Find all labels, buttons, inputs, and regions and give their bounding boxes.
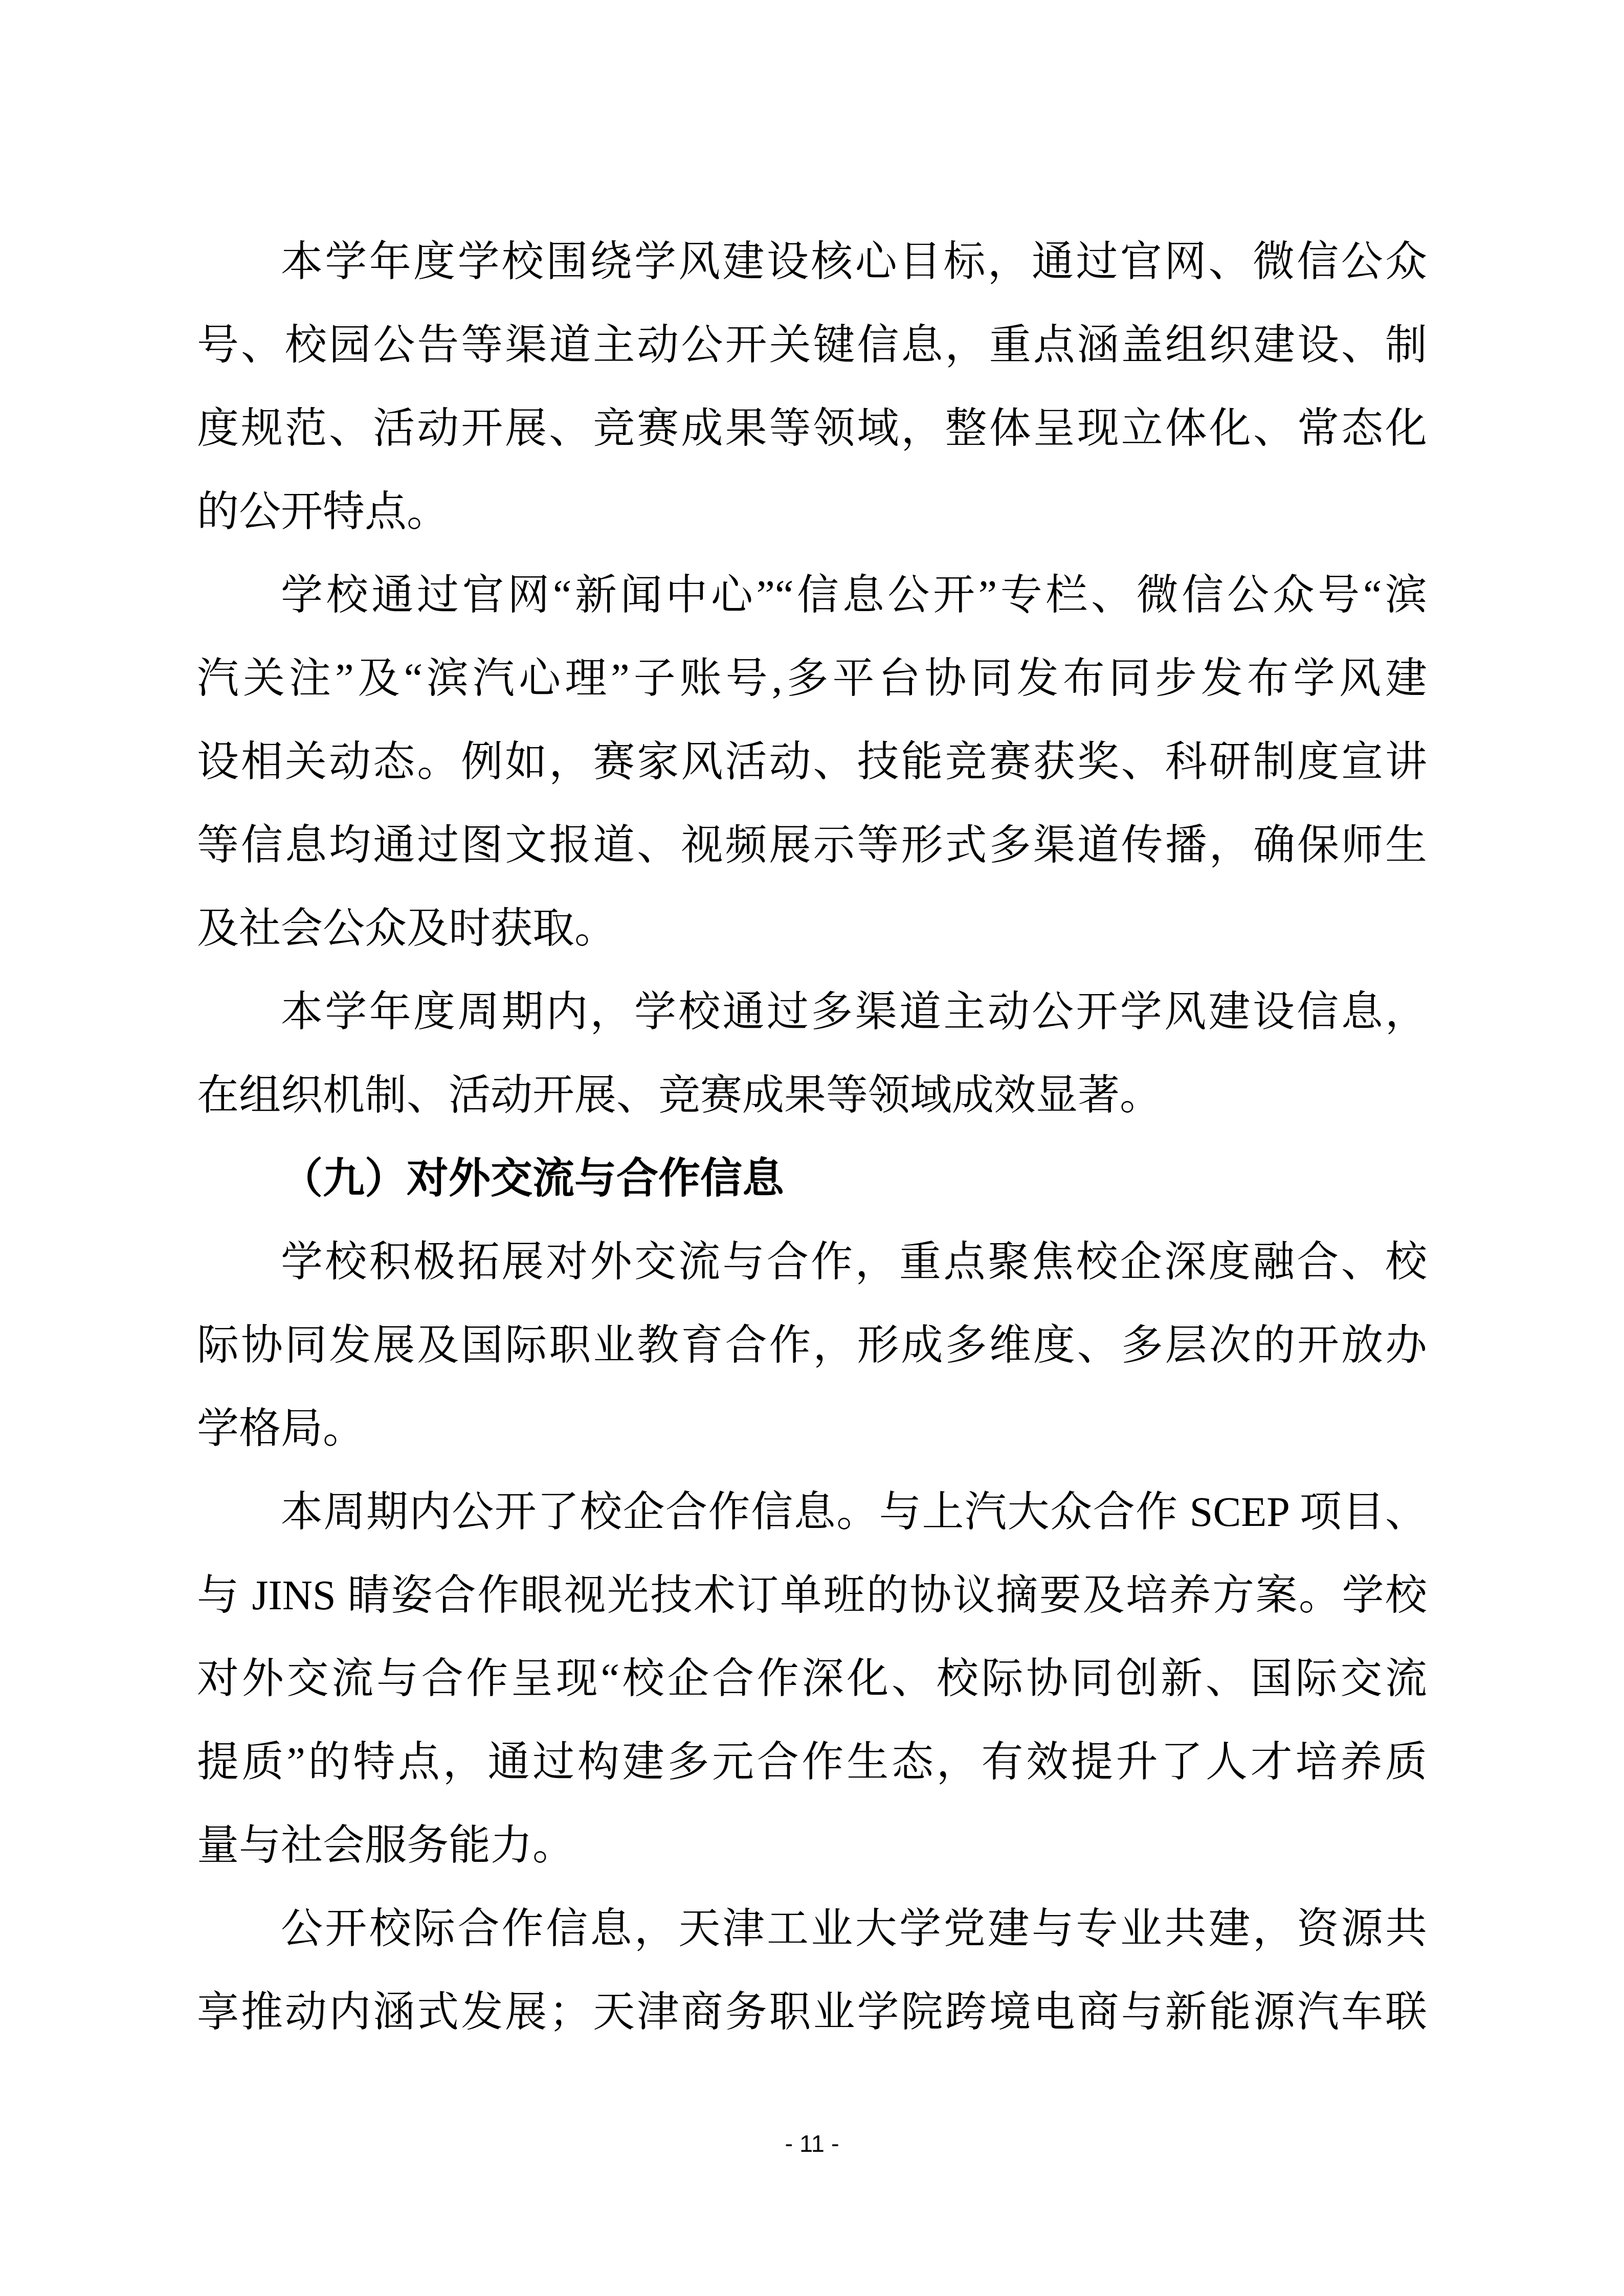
body-line: 学校通过官网“新闻中心”“信息公开”专栏、微信公众号“滨 <box>197 553 1427 637</box>
body-line: 享推动内涵式发展；天津商务职业学院跨境电商与新能源汽车联 <box>197 1970 1427 2054</box>
body-line: 对外交流与合作呈现“校企合作深化、校际协同创新、国际交流 <box>197 1637 1427 1720</box>
body-line: 公开校际合作信息，天津工业大学党建与专业共建，资源共 <box>197 1887 1427 1970</box>
paragraph: 公开校际合作信息，天津工业大学党建与专业共建，资源共 享推动内涵式发展；天津商务… <box>197 1887 1427 2054</box>
body-line: 本周期内公开了校企合作信息。与上汽大众合作 SCEP 项目、 <box>197 1470 1427 1554</box>
paragraph: 本学年度周期内，学校通过多渠道主动公开学风建设信息， 在组织机制、活动开展、竞赛… <box>197 970 1427 1137</box>
body-line: 度规范、活动开展、竞赛成果等领域，整体呈现立体化、常态化 <box>197 387 1427 470</box>
body-line: 设相关动态。例如，赛家风活动、技能竞赛获奖、科研制度宣讲 <box>197 720 1427 803</box>
body-line: 与 JINS 睛姿合作眼视光技术订单班的协议摘要及培养方案。学校 <box>197 1554 1427 1637</box>
paragraph: 本学年度学校围绕学风建设核心目标，通过官网、微信公众 号、校园公告等渠道主动公开… <box>197 220 1427 553</box>
body-line: 在组织机制、活动开展、竞赛成果等领域成效显著。 <box>197 1053 1427 1137</box>
body-line: 的公开特点。 <box>197 470 1427 553</box>
body-line: 汽关注”及“滨汽心理”子账号,多平台协同发布同步发布学风建 <box>197 637 1427 720</box>
document-page: { "content": { "paragraphs": [ { "lines"… <box>0 0 1624 2296</box>
body-line: 学格局。 <box>197 1387 1427 1470</box>
body-line: 学校积极拓展对外交流与合作，重点聚焦校企深度融合、校 <box>197 1220 1427 1303</box>
page-number: - 11 - <box>785 2130 839 2157</box>
paragraph: 学校通过官网“新闻中心”“信息公开”专栏、微信公众号“滨 汽关注”及“滨汽心理”… <box>197 553 1427 970</box>
body-line: 本学年度周期内，学校通过多渠道主动公开学风建设信息， <box>197 970 1427 1053</box>
body-line: 量与社会服务能力。 <box>197 1804 1427 1887</box>
body-line: 提质”的特点，通过构建多元合作生态，有效提升了人才培养质 <box>197 1720 1427 1804</box>
section-heading: （九）对外交流与合作信息 <box>197 1137 1427 1220</box>
paragraph: 学校积极拓展对外交流与合作，重点聚焦校企深度融合、校 际协同发展及国际职业教育合… <box>197 1220 1427 1470</box>
section: （九）对外交流与合作信息 <box>197 1137 1427 1220</box>
body-line: 际协同发展及国际职业教育合作，形成多维度、多层次的开放办 <box>197 1303 1427 1387</box>
page-footer: - 11 - <box>0 2122 1624 2165</box>
body-line: 等信息均通过图文报道、视频展示等形式多渠道传播，确保师生 <box>197 803 1427 887</box>
body-line: 号、校园公告等渠道主动公开关键信息，重点涵盖组织建设、制 <box>197 303 1427 387</box>
body-line: 及社会公众及时获取。 <box>197 887 1427 970</box>
page-content: 本学年度学校围绕学风建设核心目标，通过官网、微信公众 号、校园公告等渠道主动公开… <box>197 220 1427 2054</box>
body-line: 本学年度学校围绕学风建设核心目标，通过官网、微信公众 <box>197 220 1427 303</box>
paragraph: 本周期内公开了校企合作信息。与上汽大众合作 SCEP 项目、 与 JINS 睛姿… <box>197 1470 1427 1887</box>
